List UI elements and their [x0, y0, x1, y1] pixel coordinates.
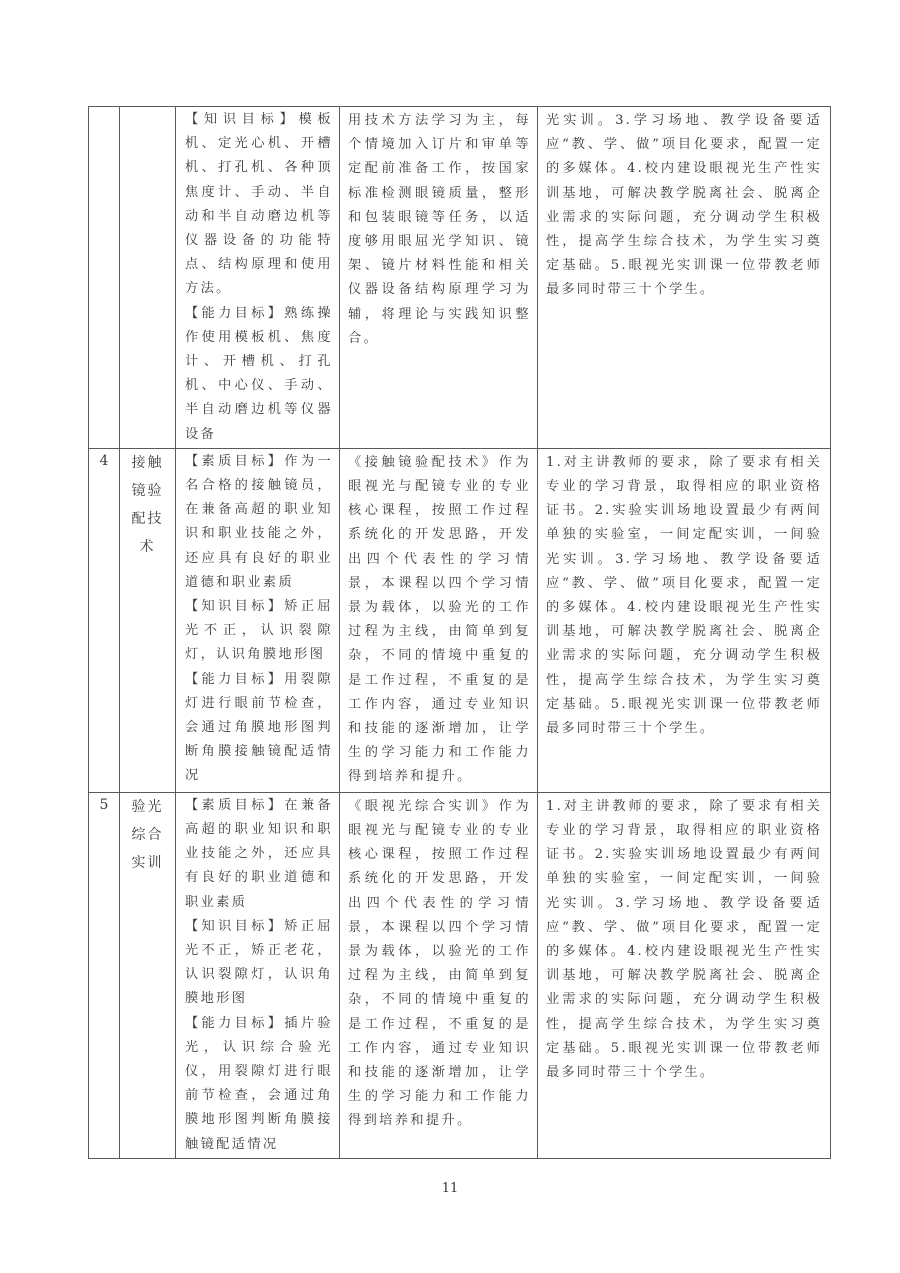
teaching-requirements: 光实训。3.学习场地、教学设备要适应“教、学、做”项目化要求，配置一定的多媒体。…: [538, 107, 830, 305]
course-content-cell: 《接触镜验配技术》作为眼视光与配镜专业的专业核心课程，按照工作过程系统化的开发思…: [340, 448, 538, 792]
course-content: 《接触镜验配技术》作为眼视光与配镜专业的专业核心课程，按照工作过程系统化的开发思…: [340, 449, 537, 792]
course-number-cell: 5: [89, 792, 120, 1158]
course-content-cell: 《眼视光综合实训》作为眼视光与配镜专业的专业核心课程，按照工作过程系统化的开发思…: [340, 792, 538, 1158]
table-row: 【知识目标】模板机、定光心机、开槽机、打孔机、各种顶焦度计、手动、半自动和半自动…: [89, 107, 831, 449]
ability-goal: 【能力目标】熟练操作使用模板机、焦度计、开槽机、打孔机、中心仪、手动、半自动磨边…: [185, 302, 333, 447]
ability-goal: 【能力目标】插片验光，认识综合验光仪，用裂隙灯进行眼前节检查，会通过角膜地形图判…: [185, 1012, 333, 1157]
course-number-cell: [89, 107, 120, 449]
course-content: 《眼视光综合实训》作为眼视光与配镜专业的专业核心课程，按照工作过程系统化的开发思…: [340, 793, 537, 1136]
course-name-cell: 验光综合实训: [120, 792, 176, 1158]
course-name: 验光综合实训: [120, 793, 175, 877]
course-name-cell: [120, 107, 176, 449]
teaching-requirements-cell: 1.对主讲教师的要求，除了要求有相关专业的学习背景，取得相应的职业资格证书。2.…: [538, 448, 831, 792]
course-name: 接触镜验配技术: [120, 449, 175, 561]
course-name-cell: 接触镜验配技术: [120, 448, 176, 792]
knowledge-goal: 【知识目标】矫正屈光不正，矫正老花，认识裂隙灯，认识角膜地形图: [185, 915, 333, 1012]
course-table: 【知识目标】模板机、定光心机、开槽机、打孔机、各种顶焦度计、手动、半自动和半自动…: [88, 106, 831, 1159]
teaching-requirements: 1.对主讲教师的要求，除了要求有相关专业的学习背景，取得相应的职业资格证书。2.…: [538, 449, 830, 743]
course-number-cell: 4: [89, 448, 120, 792]
quality-goal: 【素质目标】作为一名合格的接触镜员，在兼备高超的职业知识和职业技能之外，还应具有…: [185, 450, 333, 595]
course-goals-cell: 【素质目标】在兼备高超的职业知识和职业技能之外，还应具有良好的职业道德和职业素质…: [176, 792, 340, 1158]
course-content: 用技术方法学习为主，每个情境加入订片和审单等定配前准备工作，按国家标准检测眼镜质…: [340, 107, 537, 353]
document-page: 【知识目标】模板机、定光心机、开槽机、打孔机、各种顶焦度计、手动、半自动和半自动…: [0, 0, 900, 1273]
quality-goal: 【素质目标】在兼备高超的职业知识和职业技能之外，还应具有良好的职业道德和职业素质: [185, 794, 333, 915]
teaching-requirements: 1.对主讲教师的要求，除了要求有相关专业的学习背景，取得相应的职业资格证书。2.…: [538, 793, 830, 1087]
knowledge-goal: 【知识目标】模板机、定光心机、开槽机、打孔机、各种顶焦度计、手动、半自动和半自动…: [185, 108, 333, 302]
table-row: 4 接触镜验配技术 【素质目标】作为一名合格的接触镜员，在兼备高超的职业知识和职…: [89, 448, 831, 792]
knowledge-goal: 【知识目标】矫正屈光不正，认识裂隙灯，认识角膜地形图: [185, 595, 333, 668]
teaching-requirements-cell: 光实训。3.学习场地、教学设备要适应“教、学、做”项目化要求，配置一定的多媒体。…: [538, 107, 831, 449]
table-row: 5 验光综合实训 【素质目标】在兼备高超的职业知识和职业技能之外，还应具有良好的…: [89, 792, 831, 1158]
page-number: 11: [0, 1181, 900, 1196]
teaching-requirements-cell: 1.对主讲教师的要求，除了要求有相关专业的学习背景，取得相应的职业资格证书。2.…: [538, 792, 831, 1158]
course-goals-cell: 【素质目标】作为一名合格的接触镜员，在兼备高超的职业知识和职业技能之外，还应具有…: [176, 448, 340, 792]
course-content-cell: 用技术方法学习为主，每个情境加入订片和审单等定配前准备工作，按国家标准检测眼镜质…: [340, 107, 538, 449]
course-goals-cell: 【知识目标】模板机、定光心机、开槽机、打孔机、各种顶焦度计、手动、半自动和半自动…: [176, 107, 340, 449]
ability-goal: 【能力目标】用裂隙灯进行眼前节检查，会通过角膜地形图判断角膜接触镜配适情况: [185, 668, 333, 789]
